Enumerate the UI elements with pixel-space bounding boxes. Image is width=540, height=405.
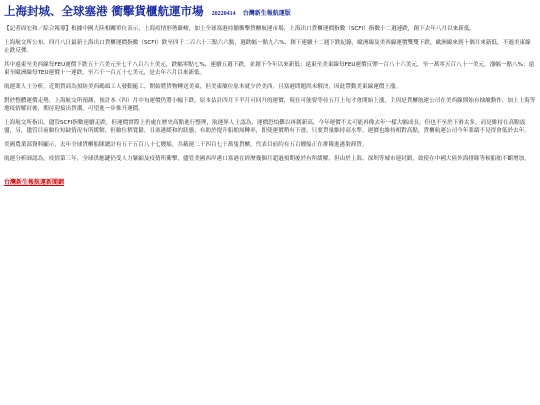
article-paragraph: 航運分析師認為，疫情第三年，全球供應鏈仍受人力緊縮及疫情所衝擊，儘管美國西岸港口… <box>4 155 536 163</box>
article-headline: 上海封城、全球塞港 衝擊貨櫃航運市場 20220414 台灣新生報航運版 <box>4 3 536 21</box>
article-paragraph: 上海航交所指出，儘管SCFI指數連續走跌，但運價實際上仍處在歷史高點進行整理，航… <box>4 119 536 135</box>
article-source: 台灣新生報航運版 <box>243 10 291 17</box>
article-paragraph: 美國農業部資料顯示，去年全球貨櫃船隊總計有五千五百八十七艘船，共載運二千四百七十… <box>4 141 536 149</box>
article-date: 20220414 <box>212 11 236 17</box>
news-site-link[interactable]: 台灣新生報航運新聞網 <box>4 177 64 186</box>
article-page: 上海封城、全球塞港 衝擊貨櫃航運市場 20220414 台灣新生報航運版 【記者… <box>0 0 540 188</box>
article-body: 【記者周宏和／綜合報導】根據中國大陸相關單位表示，上海疫情形勢嚴峻，加上全球塞港… <box>4 25 536 163</box>
article-paragraph: 【記者周宏和／綜合報導】根據中國大陸相關單位表示，上海疫情形勢嚴峻，加上全球塞港… <box>4 25 536 33</box>
article-paragraph: 上海航交所公布，四月八日最新上海出口貨櫃運價指數（SCFI）跌至四千二百六十三點… <box>4 39 536 55</box>
article-paragraph: 航運業人士分析，近期貨商為預防美西碼頭工人發動罷工，開始將貨物轉送美東，但美東艙… <box>4 83 536 91</box>
article-paragraph: 對於整體運價走勢，上海航交所預測，預計本（四）月中旬運價仍將小幅下跌，原本估計四… <box>4 97 536 113</box>
article-title: 上海封城、全球塞港 衝擊貨櫃航運市場 <box>4 4 204 18</box>
article-paragraph: 其中遠東至美西線每FEU運價下跌五十六美元至七千八百六十美元，跌幅零點七%，連續… <box>4 61 536 77</box>
